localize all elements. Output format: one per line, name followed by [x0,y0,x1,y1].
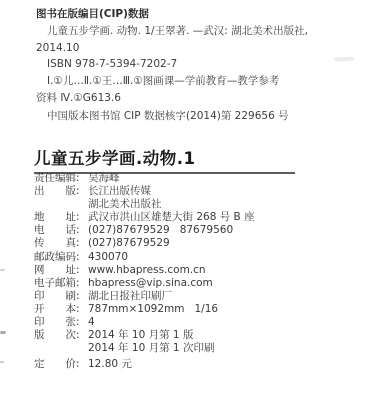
row-label: 责任编辑: [34,172,84,185]
scan-artifact [0,269,5,271]
cip-line-classification: Ⅰ.①儿…Ⅱ.①王…Ⅲ.①图画课—学前教育—教学参考 [36,73,367,90]
row-label: 版 次: [34,329,84,342]
colophon-row-publisher: 出 版: 长江出版传媒 [34,185,367,198]
row-value: 湖北日报社印刷厂 [88,290,172,303]
colophon-row-format: 开 本: 787mm×1092mm 1/16 [34,303,367,316]
colophon-row-address: 地 址: 武汉市洪山区雄楚大街 268 号 B 座 [34,211,367,224]
colophon-row-website: 网 址: www.hbapress.com.cn [34,264,367,277]
scan-artifact [0,361,4,363]
row-value: 2014 年 10 月第 1 次印刷 [88,342,214,355]
colophon-row-printer: 印 刷: 湖北日报社印刷厂 [34,290,367,303]
row-value: 4 [88,316,95,329]
row-label: 定 价: [34,358,84,371]
row-value: 吴海峰 [88,172,120,185]
colophon-row-price: 定 价: 12.80 元 [34,358,367,371]
row-label: 印 张: [34,316,84,329]
row-label: 电子邮箱: [34,277,84,290]
cip-line-classification: 资料 Ⅳ.①G613.6 [36,90,367,107]
row-value: 武汉市洪山区雄楚大街 268 号 B 座 [88,211,255,224]
colophon-block: 责任编辑: 吴海峰 出 版: 长江出版传媒 湖北美术出版社 地 址: 武汉市洪山… [34,172,367,371]
row-label: 出 版: [34,185,84,198]
book-title: 儿童五步学画.动物.1 [34,145,295,169]
cip-block: 图书在版编目(CIP)数据 儿童五步学画. 动物. 1/王翠著. —武汉: 湖北… [36,6,367,125]
row-label-spacer [34,198,84,211]
cip-line-isbn: ISBN 978-7-5394-7202-7 [36,56,367,73]
cip-line: 儿童五步学画. 动物. 1/王翠著. —武汉: 湖北美术出版社, [36,23,367,40]
cip-line: 2014.10 [36,40,367,57]
row-value: (027)87679529 [88,237,170,250]
colophon-row-sheets: 印 张: 4 [34,316,367,329]
row-label: 印 刷: [34,290,84,303]
row-label: 电 话: [34,224,84,237]
row-value: 长江出版传媒 [88,185,151,198]
row-label: 邮政编码: [34,251,84,264]
row-value: 787mm×1092mm 1/16 [88,303,218,316]
cip-line-registration: 中国版本图书馆 CIP 数据核字(2014)第 229656 号 [36,108,367,125]
row-value: 湖北美术出版社 [88,198,162,211]
scan-artifact [0,331,6,334]
row-label: 网 址: [34,264,84,277]
colophon-row-email: 电子邮箱: hbapress@vip.sina.com [34,277,367,290]
row-label: 传 真: [34,237,84,250]
colophon-row-phone: 电 话: (027)87679529 87679560 [34,224,367,237]
colophon-row-postcode: 邮政编码: 430070 [34,251,367,264]
row-value: 12.80 元 [88,358,132,371]
row-label-spacer [34,342,84,355]
row-label: 开 本: [34,303,84,316]
colophon-row-fax: 传 真: (027)87679529 [34,237,367,250]
copyright-page: 图书在版编目(CIP)数据 儿童五步学画. 动物. 1/王翠著. —武汉: 湖北… [0,0,375,400]
row-label: 地 址: [34,211,84,224]
row-value: www.hbapress.com.cn [88,264,206,277]
row-value: 2014 年 10 月第 1 版 [88,329,193,342]
colophon-row-edition-cont: 2014 年 10 月第 1 次印刷 [34,342,367,355]
row-value: 430070 [88,251,128,264]
colophon-row-publisher-cont: 湖北美术出版社 [34,198,367,211]
row-value: (027)87679529 87679560 [88,224,233,237]
colophon-row-edition: 版 次: 2014 年 10 月第 1 版 [34,329,367,342]
row-value: hbapress@vip.sina.com [88,277,213,290]
title-block: 儿童五步学画.动物.1 [34,145,295,174]
cip-heading: 图书在版编目(CIP)数据 [36,6,367,23]
colophon-row-editor: 责任编辑: 吴海峰 [34,172,367,185]
